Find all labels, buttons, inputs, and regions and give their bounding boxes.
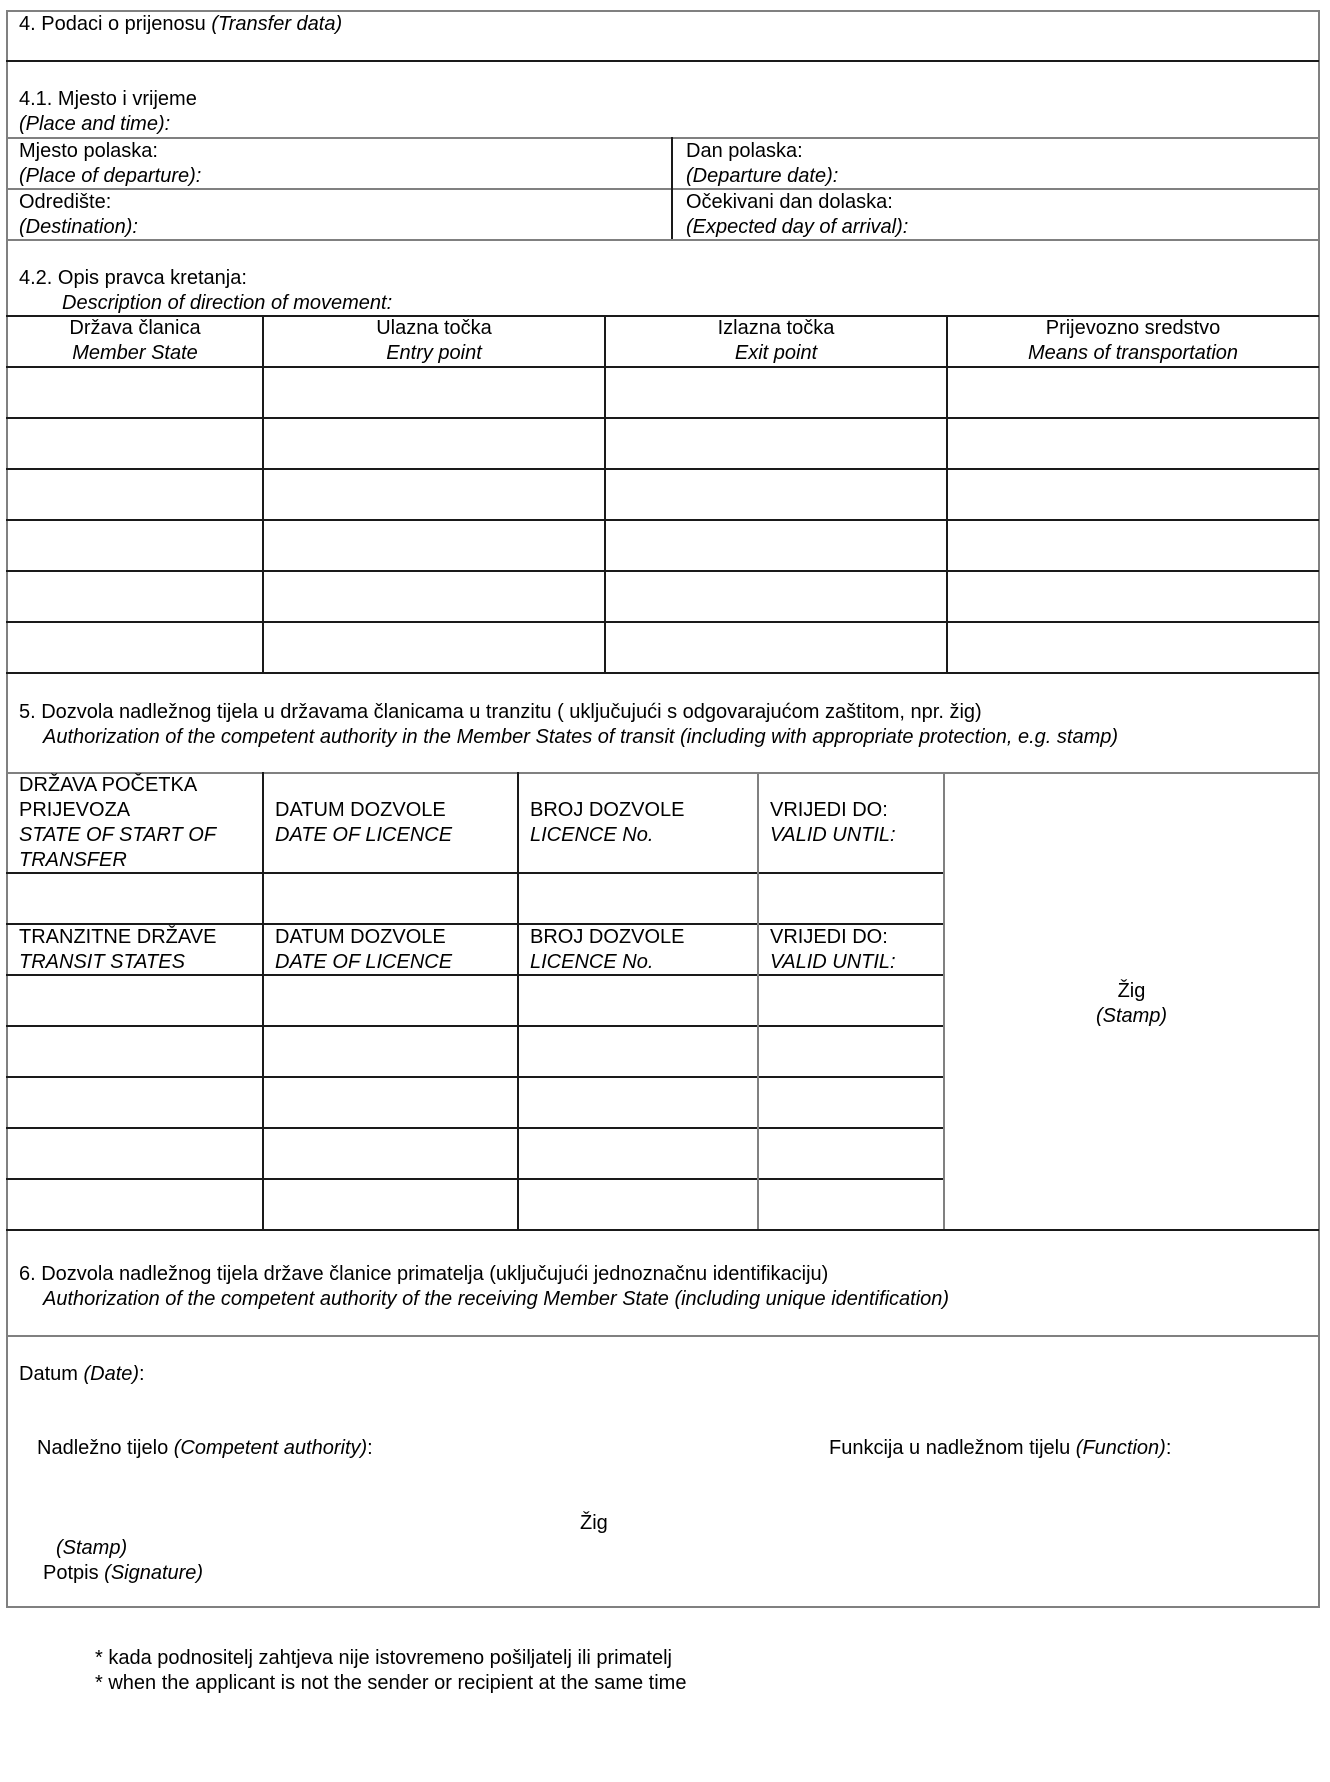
footnote-hr: * kada podnositelj zahtjeva nije istovre… [95,1646,672,1671]
function-colon: : [1166,1437,1172,1459]
route-column-label: Država članica [8,316,262,341]
receiving-stamp-label: Žig [580,1511,608,1536]
licence-table-cell[interactable] [759,874,943,923]
route-table-cell[interactable] [8,572,262,621]
route-table-cell[interactable] [8,368,262,417]
expected-arrival-label: Očekivani dan dolaska: [686,190,893,215]
section-4-1-title-en: (Place and time): [19,112,170,137]
route-table-header-cell: Prijevozno sredstvoMeans of transportati… [948,316,1318,366]
route-table-header-cell: Izlazna točkaExit point [606,316,946,366]
signature-label: Potpis [43,1562,104,1584]
route-table-cell[interactable] [948,623,1318,672]
licence-table-cell[interactable] [264,976,517,1025]
licence-column-label: TRANZITNE DRŽAVE [19,925,219,950]
competent-authority-colon: : [367,1437,373,1459]
route-column-label: Izlazna točka [606,316,946,341]
licence-table-cell[interactable] [8,1027,262,1076]
licence-table-cell[interactable] [264,874,517,923]
route-column-label-en: Entry point [264,341,604,366]
competent-authority-label: Nadležno tijelo [37,1437,174,1459]
licence-table-cell[interactable] [264,1180,517,1229]
section-4-1-bottom-line [6,239,1319,241]
transit-stamp-label-en: (Stamp) [945,1004,1318,1029]
destination-field[interactable]: Odredište: (Destination): [8,190,670,239]
licence-table-header-cell: BROJ DOZVOLELICENCE No. [519,925,757,974]
footnote-en: * when the applicant is not the sender o… [95,1671,686,1696]
date-label: Datum [19,1363,83,1385]
route-table-cell[interactable] [948,521,1318,570]
licence-column-label: DRŽAVA POČETKA PRIJEVOZA [19,773,219,823]
signature-field[interactable]: Potpis (Signature) [43,1561,203,1586]
licence-table-cell[interactable] [519,874,757,923]
frame-right-border [1318,10,1320,1607]
licence-table-header-cell: BROJ DOZVOLELICENCE No. [519,773,757,872]
section-4-divider [6,60,1319,62]
expected-arrival-field[interactable]: Očekivani dan dolaska: (Expected day of … [673,190,1318,239]
route-table-cell[interactable] [948,572,1318,621]
route-column-label: Ulazna točka [264,316,604,341]
licence-column-label: VRIJEDI DO: [770,798,970,823]
route-table-cell[interactable] [264,368,604,417]
licence-table-cell[interactable] [264,1078,517,1127]
licence-table-header-cell: DATUM DOZVOLEDATE OF LICENCE [264,773,517,872]
transit-stamp-area[interactable]: Žig (Stamp) [945,774,1318,1232]
section-5-title: 5. Dozvola nadležnog tijela u državama č… [19,700,982,725]
place-of-departure-label: Mjesto polaska: [19,139,158,164]
section-5-title-en: Authorization of the competent authority… [43,725,1118,750]
departure-date-label: Dan polaska: [686,139,803,164]
section-6-title: 6. Dozvola nadležnog tijela države člani… [19,1262,828,1287]
licence-column-label-en: LICENCE No. [530,950,730,975]
licence-column-label: BROJ DOZVOLE [530,925,730,950]
licence-table-header-cell: TRANZITNE DRŽAVETRANSIT STATES [8,925,262,974]
route-column-label: Prijevozno sredstvo [948,316,1318,341]
section-4-1-title: 4.1. Mjesto i vrijeme [19,87,197,112]
licence-table-cell[interactable] [519,1129,757,1178]
section-4-2-title: 4.2. Opis pravca kretanja: [19,266,247,291]
licence-table-cell[interactable] [8,874,262,923]
transit-stamp-label: Žig [945,979,1318,1004]
licence-column-label-en: DATE OF LICENCE [275,950,475,975]
licence-table-header-cell: VRIJEDI DO:VALID UNTIL: [759,925,943,974]
licence-column-label: DATUM DOZVOLE [275,798,475,823]
section-4-1-col-divider [671,137,673,240]
competent-authority-label-en: (Competent authority) [174,1437,367,1459]
route-table-cell[interactable] [264,470,604,519]
function-label: Funkcija u nadležnom tijelu [829,1437,1076,1459]
expected-arrival-label-en: (Expected day of arrival): [686,215,908,240]
licence-column-label-en: LICENCE No. [530,823,730,848]
route-table-cell[interactable] [264,572,604,621]
licence-table-cell[interactable] [759,1180,943,1229]
licence-table-header-cell: DRŽAVA POČETKA PRIJEVOZASTATE OF START O… [8,773,262,872]
licence-table-cell[interactable] [8,1129,262,1178]
licence-table-cell[interactable] [759,1078,943,1127]
section-6-title-en: Authorization of the competent authority… [43,1287,949,1312]
route-table-header-cell: Ulazna točkaEntry point [264,316,604,366]
route-table-cell[interactable] [948,368,1318,417]
receiving-stamp-label-en: (Stamp) [56,1536,127,1561]
section-4-title: 4. Podaci o prijenosu [19,13,211,35]
destination-label: Odredište: [19,190,111,215]
function-label-en: (Function) [1076,1437,1166,1459]
date-label-en: (Date) [83,1363,139,1385]
departure-date-label-en: (Departure date): [686,164,838,189]
route-table-cell[interactable] [8,470,262,519]
date-field[interactable]: Datum (Date): [19,1362,145,1387]
licence-table-cell[interactable] [8,976,262,1025]
licence-table-cell[interactable] [519,1027,757,1076]
signature-label-en: (Signature) [104,1562,203,1584]
licence-table-cell[interactable] [759,1129,943,1178]
route-column-label-en: Exit point [606,341,946,366]
route-table-cell[interactable] [8,521,262,570]
section-4-2-title-en: Description of direction of movement: [62,291,392,316]
licence-table-cell[interactable] [264,1129,517,1178]
route-table-cell[interactable] [606,572,946,621]
section-4-heading: 4. Podaci o prijenosu (Transfer data) [19,12,342,37]
route-table-cell[interactable] [948,470,1318,519]
route-table-cell[interactable] [606,368,946,417]
competent-authority-field[interactable]: Nadležno tijelo (Competent authority): [37,1436,373,1461]
route-table-cell[interactable] [264,623,604,672]
licence-table-cell[interactable] [519,1180,757,1229]
licence-column-label-en: VALID UNTIL: [770,823,970,848]
section-6-divider [6,1335,1319,1337]
licence-table-cell[interactable] [519,1078,757,1127]
licence-table-cell[interactable] [8,1180,262,1229]
licence-column-label: BROJ DOZVOLE [530,798,730,823]
route-table-cell[interactable] [606,470,946,519]
route-table-cell[interactable] [264,521,604,570]
route-table-cell[interactable] [606,623,946,672]
licence-column-label-en: STATE OF START OF TRANSFER [19,823,219,873]
section-4-title-en: (Transfer data) [211,13,342,35]
route-table-cell[interactable] [8,623,262,672]
section-5-top-line [6,672,1319,674]
route-table-header-cell: Država članicaMember State [8,316,262,366]
route-table-cell[interactable] [948,419,1318,468]
licence-table-cell[interactable] [759,1027,943,1076]
route-table-cell[interactable] [606,521,946,570]
route-column-label-en: Means of transportation [948,341,1318,366]
licence-column-label: VRIJEDI DO: [770,925,970,950]
function-field[interactable]: Funkcija u nadležnom tijelu (Function): [829,1436,1171,1461]
licence-table-cell[interactable] [519,976,757,1025]
licence-column-label-en: TRANSIT STATES [19,950,219,975]
place-of-departure-label-en: (Place of departure): [19,164,201,189]
departure-date-field[interactable]: Dan polaska: (Departure date): [673,139,1318,188]
route-column-label-en: Member State [8,341,262,366]
licence-table-cell[interactable] [759,976,943,1025]
licence-column-label-en: VALID UNTIL: [770,950,970,975]
licence-table-header-cell: DATUM DOZVOLEDATE OF LICENCE [264,925,517,974]
route-table-cell[interactable] [8,419,262,468]
date-colon: : [139,1363,145,1385]
place-of-departure-field[interactable]: Mjesto polaska: (Place of departure): [8,139,670,188]
licence-table-cell[interactable] [8,1078,262,1127]
destination-label-en: (Destination): [19,215,138,240]
route-table-cell[interactable] [606,419,946,468]
licence-table-cell[interactable] [264,1027,517,1076]
licence-column-label-en: DATE OF LICENCE [275,823,475,848]
route-table-cell[interactable] [264,419,604,468]
licence-column-label: DATUM DOZVOLE [275,925,475,950]
frame-bottom-border [6,1606,1320,1608]
licence-table-header-cell: VRIJEDI DO:VALID UNTIL: [759,773,943,872]
